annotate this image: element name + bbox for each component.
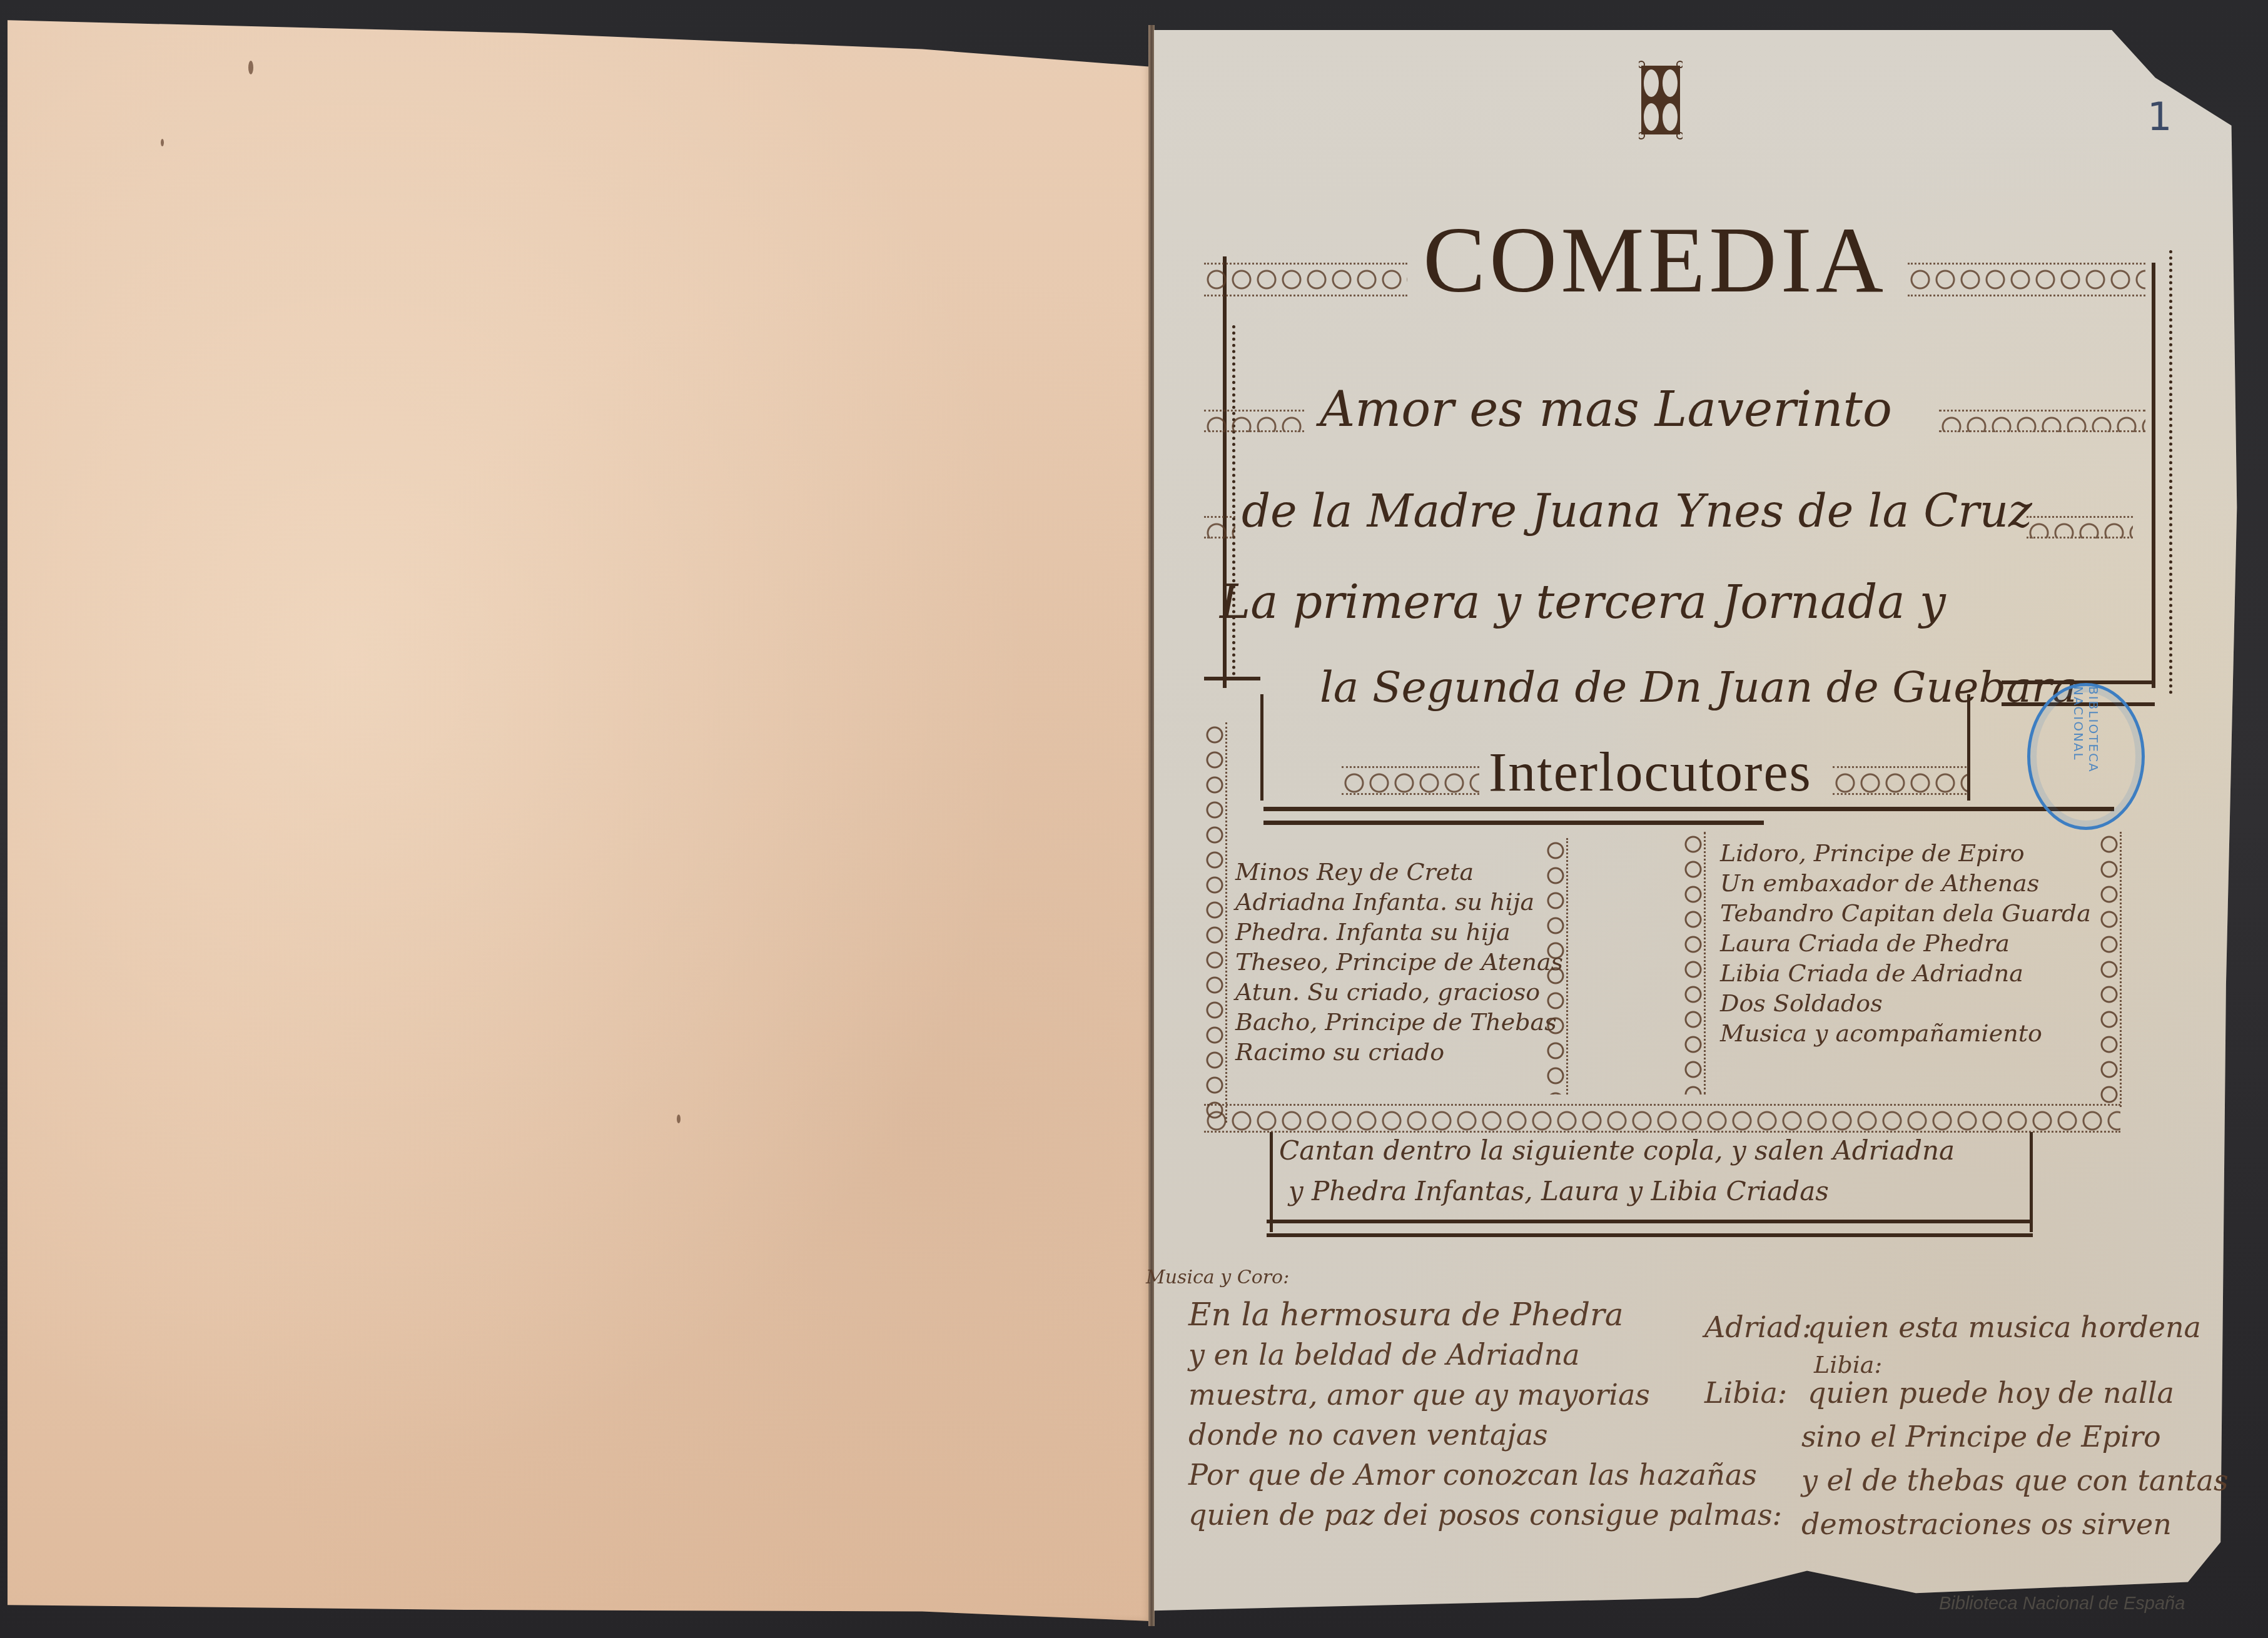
verse-line: En la hermosura de Phedra [1188,1295,1782,1335]
ornament-band [1939,410,2145,432]
segunda-line: la Segunda de Dn Juan de Guebara [1320,663,2077,712]
paper-blot [248,61,253,74]
vine-border-left [1204,722,1227,1123]
double-rule [1263,821,1764,825]
cast-item: Phedra. Infanta su hija [1235,917,1563,947]
dialogue-speaker: Adriad: [1704,1307,1812,1347]
double-rule [1263,807,1764,811]
page-title: COMEDIA [1423,206,1887,314]
ornament-band [1204,263,1407,296]
cast-item: Racimo su criado [1235,1037,1563,1067]
frame-rule-right [2152,263,2155,688]
library-watermark: Biblioteca Nacional de España [1939,1594,2185,1614]
dialogue-line: y el de thebas que con tantas [1801,1460,2229,1500]
dialogue-line: quien puede hoy de nalla [1808,1373,2174,1413]
verse-line: muestra, amor que ay mayorias [1188,1375,1782,1415]
verse-line: quien de paz dei posos consigue palmas: [1188,1495,1782,1535]
ornament-band [1833,766,1970,795]
cast-item: Minos Rey de Creta [1235,857,1563,887]
library-stamp: BIBLIOTECA NACIONAL [2027,683,2145,830]
cast-heading: Interlocutores [1489,741,1812,804]
ornament-band [1204,410,1304,432]
ornament-band [1204,516,1235,538]
dialogue-line: quien esta musica hordena [1808,1307,2201,1347]
speaker-label: Musica y Coro: [1146,1266,1289,1288]
ornament-band [1342,766,1479,795]
cast-list-left: Minos Rey de Creta Adriadna Infanta. su … [1235,857,1563,1067]
frame-rule-right-dotted [2169,250,2172,694]
cast-item: Un embaxador de Athenas [1720,868,2091,898]
stage-direction-line: Cantan dentro la siguiente copla, y sale… [1279,1135,1955,1166]
frame-rule [1270,1132,1273,1232]
dialogue-line: demostraciones os sirven [1801,1504,2172,1544]
cast-item: Atun. Su criado, gracioso [1235,977,1563,1007]
frame-rule [1967,694,1970,801]
ornament-band [1908,263,2145,296]
cast-item: Musica y acompañamiento [1720,1018,2091,1048]
cast-item: Laura Criada de Phedra [1720,928,2091,958]
paper-blot [161,139,164,146]
verse-line: donde no caven ventajas [1188,1415,1782,1455]
frame-rule [1260,694,1263,801]
paper-blot [677,1115,681,1123]
cast-item: Dos Soldados [1720,988,2091,1018]
double-rule [1267,1233,2033,1237]
left-blank-page [8,14,1151,1621]
verse-line: Por que de Amor conozcan las hazañas [1188,1455,1782,1495]
double-rule [1267,1220,2033,1223]
stamp-label: BIBLIOTECA NACIONAL [2030,686,2142,827]
cast-list-right: Lidoro, Principe de Epiro Un embaxador d… [1720,838,2091,1048]
book-gutter [1148,25,1155,1626]
cast-item: Tebandro Capitan dela Guarda [1720,898,2091,928]
verse-left: En la hermosura de Phedra y en la beldad… [1188,1295,1782,1535]
stage-direction-line: y Phedra Infantas, Laura y Libia Criadas [1288,1176,1829,1206]
frame-rule [2030,1132,2033,1232]
jornada-line: La primera y tercera Jornada y [1220,575,1946,629]
vine-border-center-right [1683,832,1706,1095]
cast-item: Lidoro, Principe de Epiro [1720,838,2091,868]
cross-icon [1639,59,1683,141]
author-line: de la Madre Juana Ynes de la Cruz [1242,485,2032,537]
dialogue-line: sino el Principe de Epiro [1801,1417,2161,1457]
cast-item: Adriadna Infanta. su hija [1235,887,1563,917]
frame-rule [1204,677,1260,680]
cast-item: Theseo, Principe de Atenas [1235,947,1563,977]
ornament-band [2027,516,2133,538]
vine-border-bottom [1204,1104,2120,1133]
verse-line: y en la beldad de Adriadna [1188,1335,1782,1375]
vine-border-right [2098,832,2122,1107]
dialogue-speaker: Libia: [1704,1373,1787,1413]
cast-item: Libia Criada de Adriadna [1720,958,2091,988]
subtitle-line: Amor es mas Laverinto [1320,382,1892,438]
cast-item: Bacho, Principe de Thebas [1235,1007,1563,1037]
folio-number: 1 [2147,94,2172,139]
